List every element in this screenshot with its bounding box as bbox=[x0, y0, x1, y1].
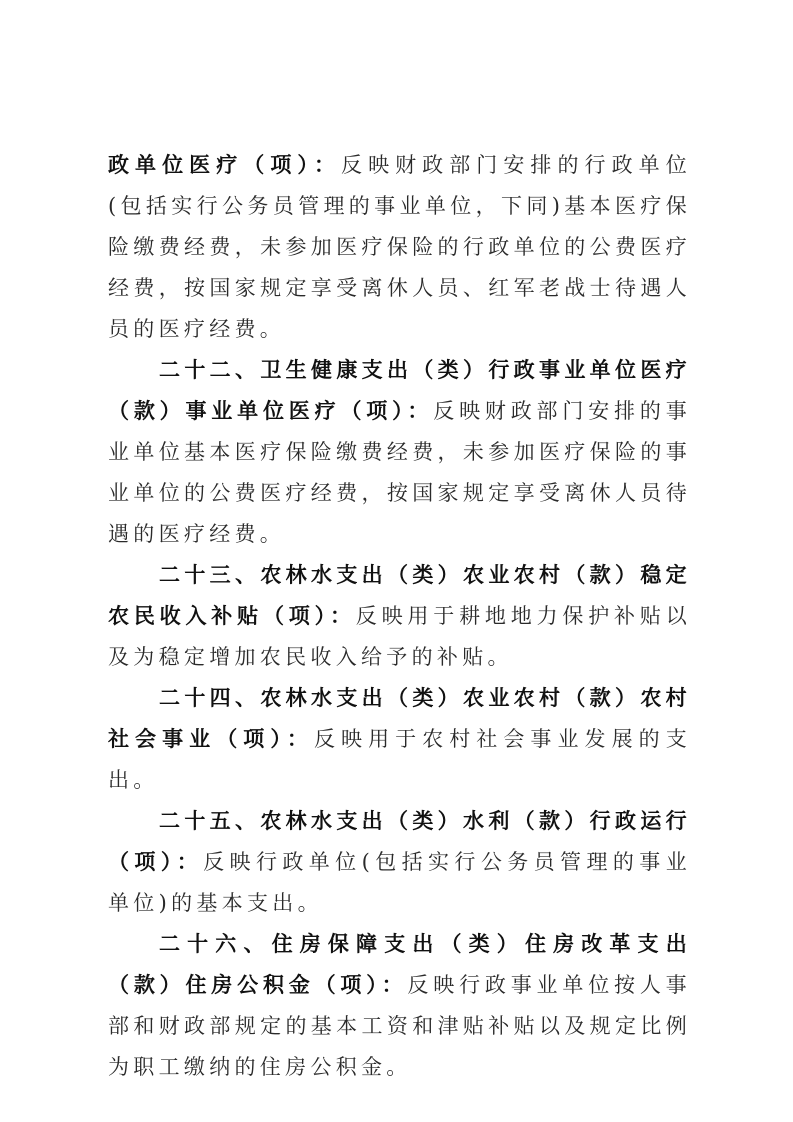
item-heading: 政单位医疗（项）： bbox=[108, 153, 341, 177]
item-description: 反映财政部门安排的行政单位(包括实行公务员管理的事业单位，下同)基本医疗保险缴费… bbox=[108, 153, 691, 341]
paragraph-item-23: 二十三、农林水支出（类）农业农村（款）稳定农民收入补贴（项）：反映用于耕地地力保… bbox=[108, 555, 691, 678]
paragraph-item-24: 二十四、农林水支出（类）农业农村（款）农村社会事业（项）：反映用于农村社会事业发… bbox=[108, 678, 691, 801]
paragraph-administrative-medical: 政单位医疗（项）：反映财政部门安排的行政单位(包括实行公务员管理的事业单位，下同… bbox=[108, 145, 691, 350]
paragraph-item-26: 二十六、住房保障支出（类）住房改革支出（款）住房公积金（项）：反映行政事业单位按… bbox=[108, 924, 691, 1088]
document-page: 政单位医疗（项）：反映财政部门安排的行政单位(包括实行公务员管理的事业单位，下同… bbox=[108, 145, 691, 1088]
paragraph-item-22: 二十二、卫生健康支出（类）行政事业单位医疗（款）事业单位医疗（项）：反映财政部门… bbox=[108, 350, 691, 555]
paragraph-item-25: 二十五、农林水支出（类）水利（款）行政运行（项）：反映行政单位(包括实行公务员管… bbox=[108, 801, 691, 924]
